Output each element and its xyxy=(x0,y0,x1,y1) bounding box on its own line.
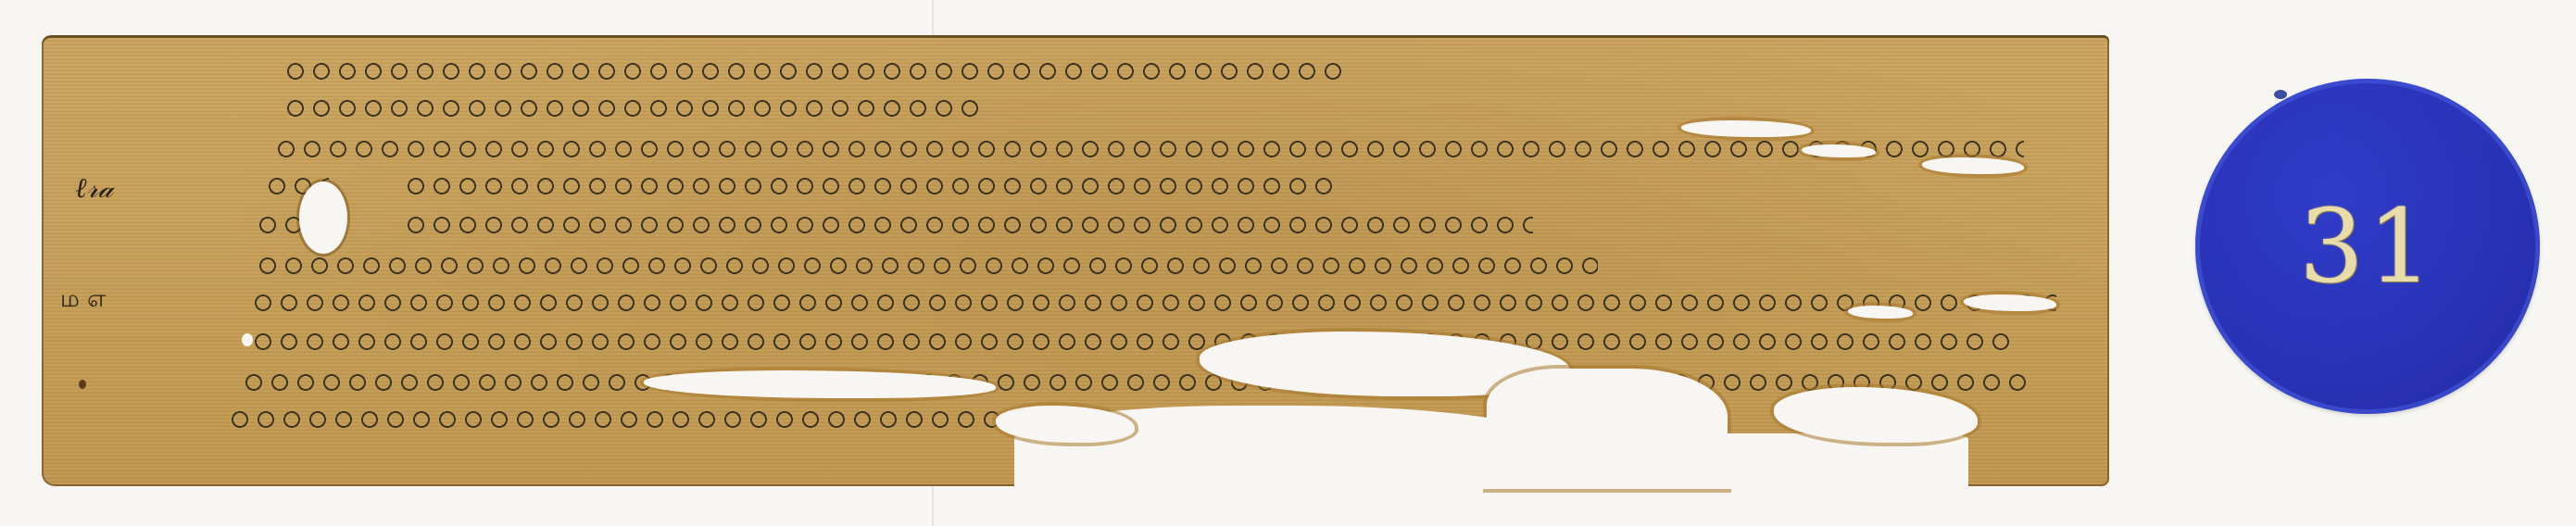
script-line-1 xyxy=(283,61,1348,81)
script-line-2 xyxy=(283,98,986,119)
damage-region xyxy=(1681,120,1811,137)
palm-leaf-manuscript: ℓ𝓇𝒶 ம எ xyxy=(42,35,2109,486)
disc-number: 31 xyxy=(2195,79,2540,414)
script-line-6 xyxy=(255,256,1598,276)
script-line-5b xyxy=(403,215,1533,235)
script-line-3 xyxy=(273,139,2024,159)
small-hole xyxy=(79,380,86,389)
damage-region xyxy=(1922,157,2024,174)
margin-note-2: ம எ xyxy=(60,285,106,316)
script-line-4b xyxy=(403,176,1338,196)
script-line-7 xyxy=(250,293,2056,313)
script-line-9 xyxy=(241,372,2029,393)
label-disc: 31 xyxy=(2195,79,2540,414)
small-hole xyxy=(242,333,253,346)
margin-note-1: ℓ𝓇𝒶 xyxy=(75,172,113,205)
damage-region xyxy=(1848,306,1913,319)
script-line-8 xyxy=(250,332,2010,352)
string-hole xyxy=(299,182,347,254)
